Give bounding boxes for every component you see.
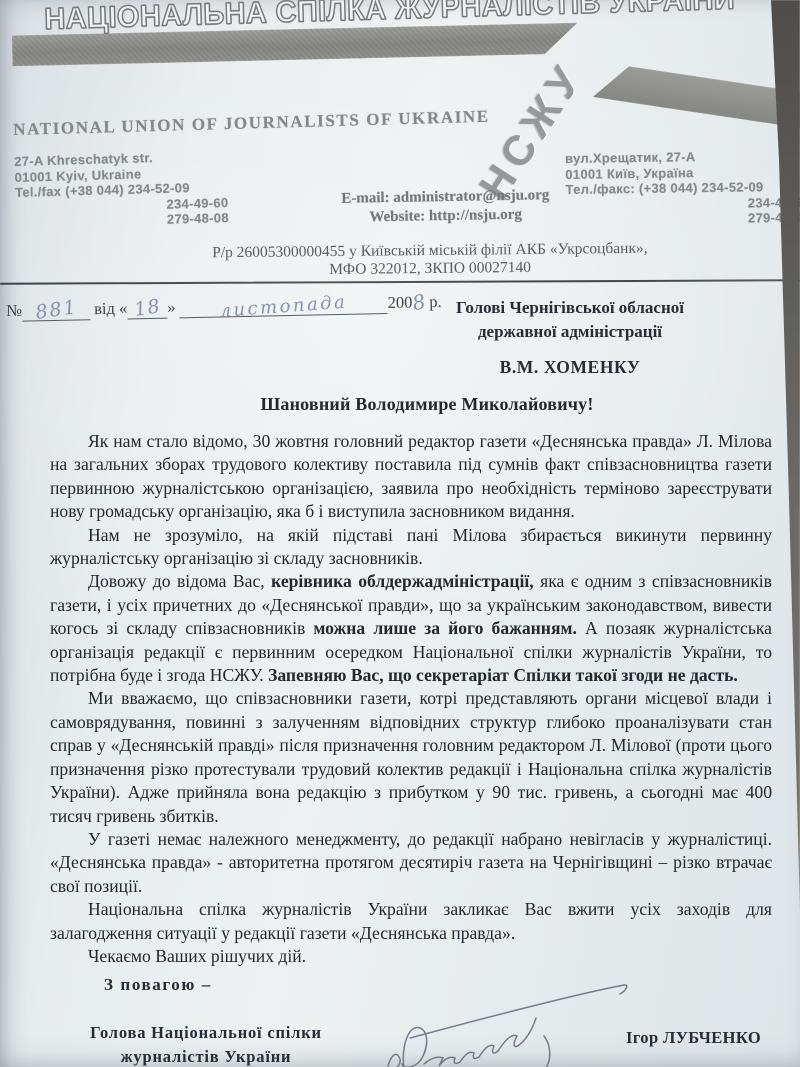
body-text: Національна спілка журналістів України з… [50, 899, 772, 942]
ref-year-digit-handwritten: 8 [410, 289, 427, 315]
paragraph: Довожу до відома Вас, керівника облдержа… [50, 570, 772, 687]
phone-line: 279-48-08 [566, 210, 800, 229]
addressee-name: В.М. ХОМЕНКУ [452, 357, 688, 378]
ref-day-handwritten: 18 [133, 295, 162, 321]
org-title-english: NATIONAL UNION OF JOURNALISTS OF UKRAINE [13, 107, 490, 140]
header-divider [0, 279, 800, 285]
body-text: Довожу до відома Вас, [88, 571, 271, 591]
body-text: Нам не зрозуміло, на якій підставі пані … [50, 525, 772, 568]
addressee-line: Голові Чернігівської обласної [452, 296, 688, 320]
paragraph: Чекаємо Ваших рішучих дій. [50, 945, 772, 968]
paragraph: Нам не зрозуміло, на якій підставі пані … [50, 524, 772, 571]
bank-details: Р/р 26005300000455 у Київській міській ф… [150, 239, 710, 281]
salutation: Шановний Володимире Миколайовичу! [52, 394, 800, 415]
ref-month-blank: листопада [179, 292, 387, 318]
signer-name: Ігор ЛУБЧЕНКО [626, 1028, 761, 1048]
ref-vid-label: від [94, 299, 115, 318]
quote-close: » [167, 297, 176, 316]
paragraph: Ми вважаємо, що співзасновники газети, к… [50, 687, 772, 827]
contact-block: E-mail: administrator@nsju.org Website: … [298, 185, 594, 227]
body-text: Чекаємо Ваших рішучих дій. [88, 946, 306, 966]
emphasized-text: можна лише за його бажанням. [313, 618, 576, 638]
ref-no-label: № [6, 301, 22, 320]
ref-year-suffix: р. [429, 292, 442, 311]
signature-scrawl-icon [382, 978, 634, 1067]
banner-bar-right [593, 61, 800, 130]
paragraph: Національна спілка журналістів України з… [50, 898, 772, 945]
signer-title-line: журналістів України [76, 1045, 336, 1067]
ref-year-printed: 200 [387, 292, 412, 312]
ref-number-blank: 881 [22, 297, 90, 321]
ref-number-handwritten: 881 [34, 296, 79, 324]
signer-title-line: Голова Національної спілки [76, 1021, 336, 1045]
scanned-letter-page: НАЦІОНАЛЬНА СПІЛКА ЖУРНАЛІСТІВ УКРАЇНИ Н… [0, 0, 800, 1067]
addressee-line: державної адміністрації [452, 320, 688, 344]
closing-regards: З повагою – [104, 975, 212, 995]
ref-month-handwritten: листопада [219, 292, 348, 322]
body-text: Ми вважаємо, що співзасновники газети, к… [50, 688, 772, 825]
body-text: Як нам стало відомо, 30 жовтня головний … [50, 431, 772, 521]
addressee-block: Голові Чернігівської обласної державної … [452, 296, 688, 344]
letter-body: Як нам стало відомо, 30 жовтня головний … [50, 430, 772, 968]
address-block-ukrainian: вул.Хрещатик, 27-А 01001 Київ, Україна Т… [565, 148, 800, 229]
reference-line: №881 від «18» листопада2008 р. [6, 288, 442, 322]
emphasized-text: Запевняю Вас, що секретаріат Спілки тако… [268, 665, 738, 685]
paragraph: У газеті немає належного менеджменту, до… [50, 828, 772, 898]
address-block-english: 27-A Khreschatyk str. 01001 Kyiv, Ukrain… [14, 148, 229, 231]
ref-day-blank: 18 [127, 296, 167, 320]
paragraph: Як нам стало відомо, 30 жовтня головний … [50, 430, 772, 524]
body-text: У газеті немає належного менеджменту, до… [50, 829, 772, 896]
signer-title: Голова Національної спілки журналістів У… [76, 1021, 336, 1067]
emphasized-text: керівника облдержадміністрації, [271, 571, 534, 591]
